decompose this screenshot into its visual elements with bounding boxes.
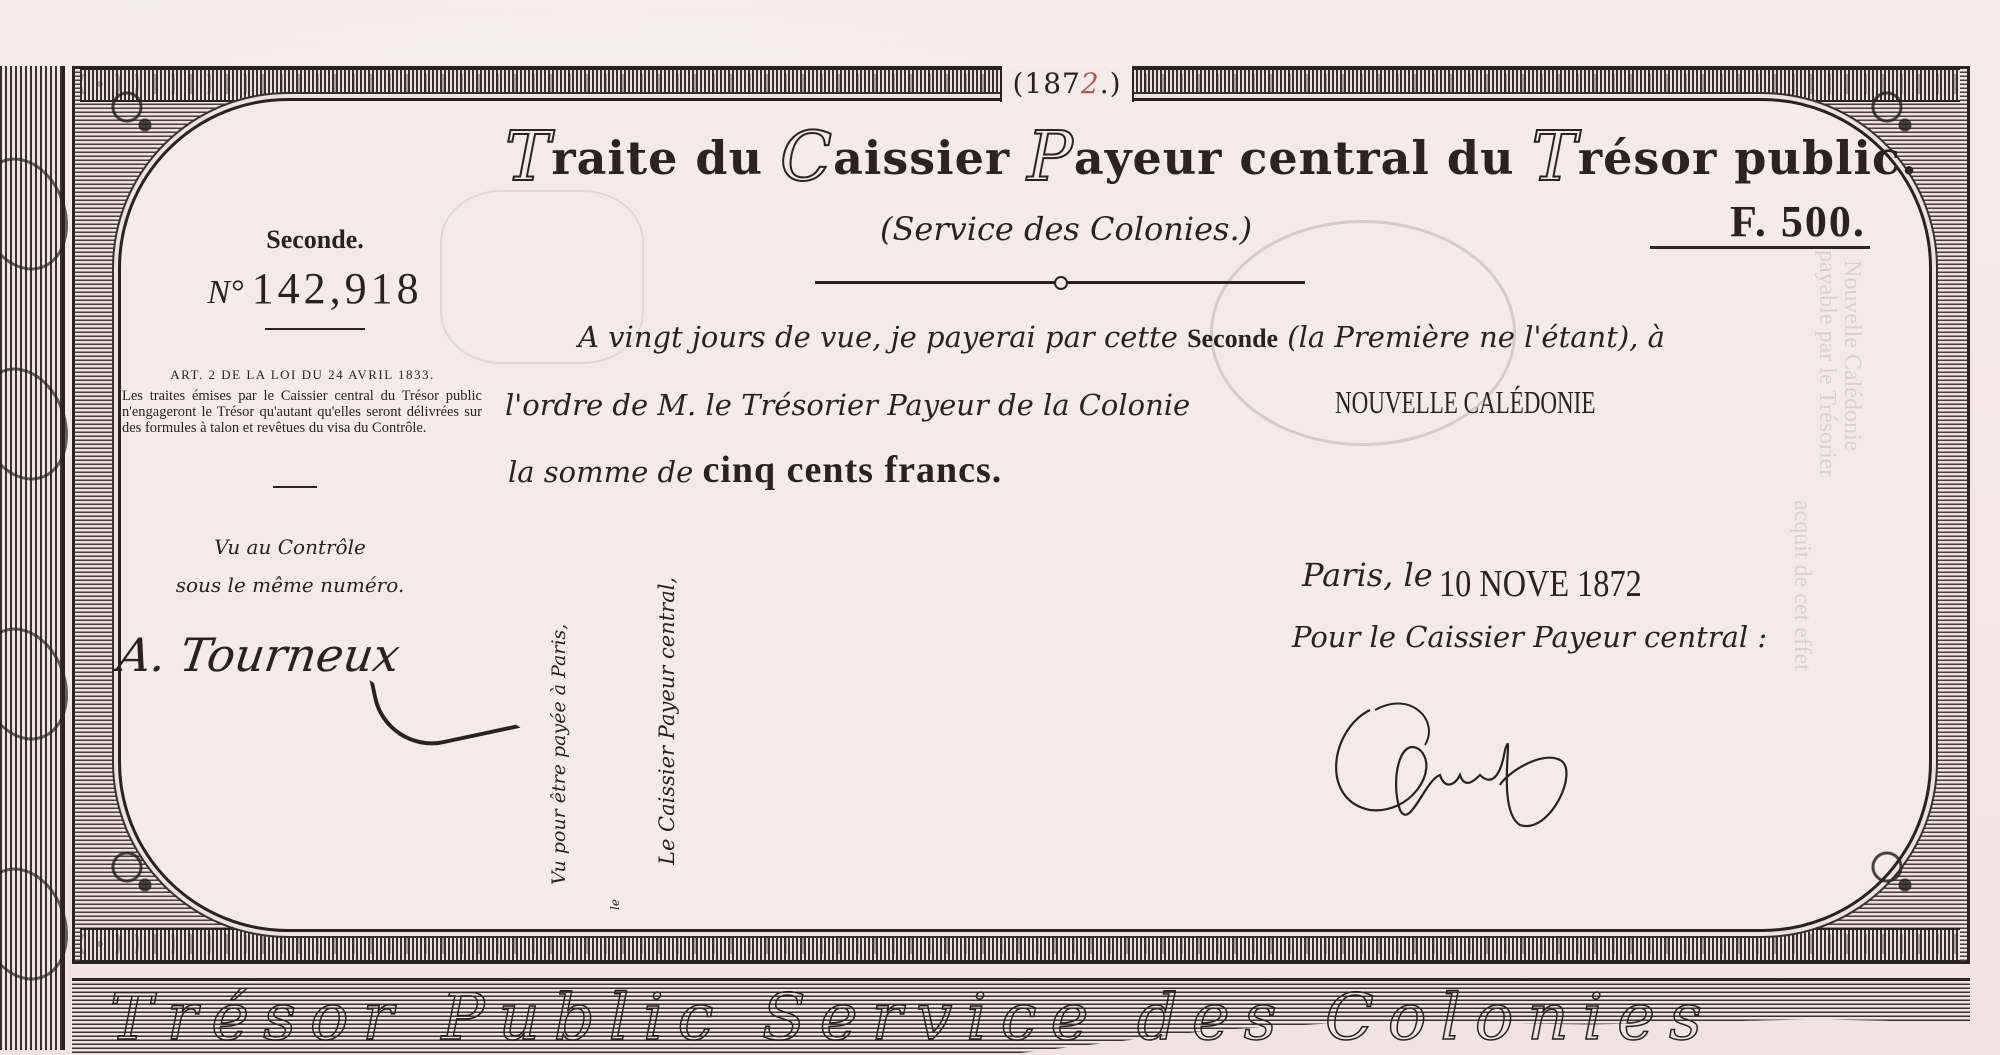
control-visa: Vu au Contrôle sous le même numéro. [130,528,450,604]
title-word: raite du [551,131,780,185]
amount-figure: F. 500. [1730,196,1866,247]
bottom-scroll-band [80,928,1960,962]
corner-ornament-icon [1860,840,1950,930]
title-word: résor public. [1578,131,1918,185]
divider [273,486,317,488]
colony-stamp: NOUVELLE CALÉDONIE [1335,384,1595,421]
bleed-through-text: Nouvelle Calédonie [1838,260,1865,451]
subtitle: (Service des Colonies.) [880,210,1252,248]
scroll-ornament [80,934,1960,954]
title-word: ayeur central du [1074,131,1532,185]
vertical-cashier-line: Le Caissier Payeur central, [655,577,679,865]
year-prefix: (187 [1012,67,1080,100]
copy-label: Seconde. [150,225,480,255]
corner-ornament-icon [100,80,190,170]
body-text: A vingt jours de vue, je payerai par cet… [578,320,1178,354]
small-ornamental-rule [265,328,365,330]
control-line-2: sous le même numéro. [130,566,450,604]
copy-designation: Seconde [1187,324,1278,353]
left-stub-engraved-strip [0,66,65,1050]
title-word: aissier [833,131,1027,185]
bleed-through-text: payable par le Trésorier [1813,250,1840,477]
body-line-1: A vingt jours de vue, je payerai par cet… [578,320,1665,354]
serial-number: N°142,918 [150,263,480,314]
corner-ornament-icon [100,840,190,930]
place-and-date: Paris, le10 NOVE 1872 [1302,556,1677,606]
place-label: Paris, le [1302,556,1433,594]
title-initial: C [780,118,833,197]
control-line-1: Vu au Contrôle [130,528,450,566]
amount-underline [1650,246,1870,249]
body-text: (la Première ne l'étant), à [1287,320,1665,354]
bleed-through-text: acquit de cet effet [1788,500,1815,671]
stub-header: Seconde. N°142,918 [150,225,480,330]
law-article-text: Les traites émises par le Caissier centr… [122,388,482,436]
year-suffix: .) [1100,67,1122,100]
year-handwritten-digit: 2 [1081,67,1100,100]
vertical-le: le [608,899,622,910]
title-initial: T [505,118,551,197]
cashier-signature [1330,690,1650,840]
controller-signature: A. Tourneux [114,628,403,682]
ornamental-rule [815,281,1305,284]
number-prefix: N° [207,274,243,311]
document-title: Traite du Caissier Payeur central du Tré… [505,118,1605,197]
vertical-visa-line: Vu pour être payée à Paris, [548,624,570,885]
body-line-2: l'ordre de M. le Trésorier Payeur de la … [505,388,1190,422]
talon-script: Trésor Public Service des Colonies [110,988,1910,1048]
title-initial: T [1532,118,1578,197]
title-initial: P [1027,118,1074,197]
number-value: 142,918 [252,264,423,313]
date-stamp: 10 NOVE 1872 [1439,562,1642,606]
year-box: (1872.) [1000,66,1134,102]
body-text: la somme de [508,455,693,489]
payer-label: Pour le Caissier Payeur central : [1292,620,1767,654]
law-article-heading: ART. 2 DE LA LOI DU 24 AVRIL 1833. [125,367,480,383]
body-line-3: la somme de cinq cents francs. [508,448,1002,492]
sum-in-words: cinq cents francs. [702,449,1002,491]
